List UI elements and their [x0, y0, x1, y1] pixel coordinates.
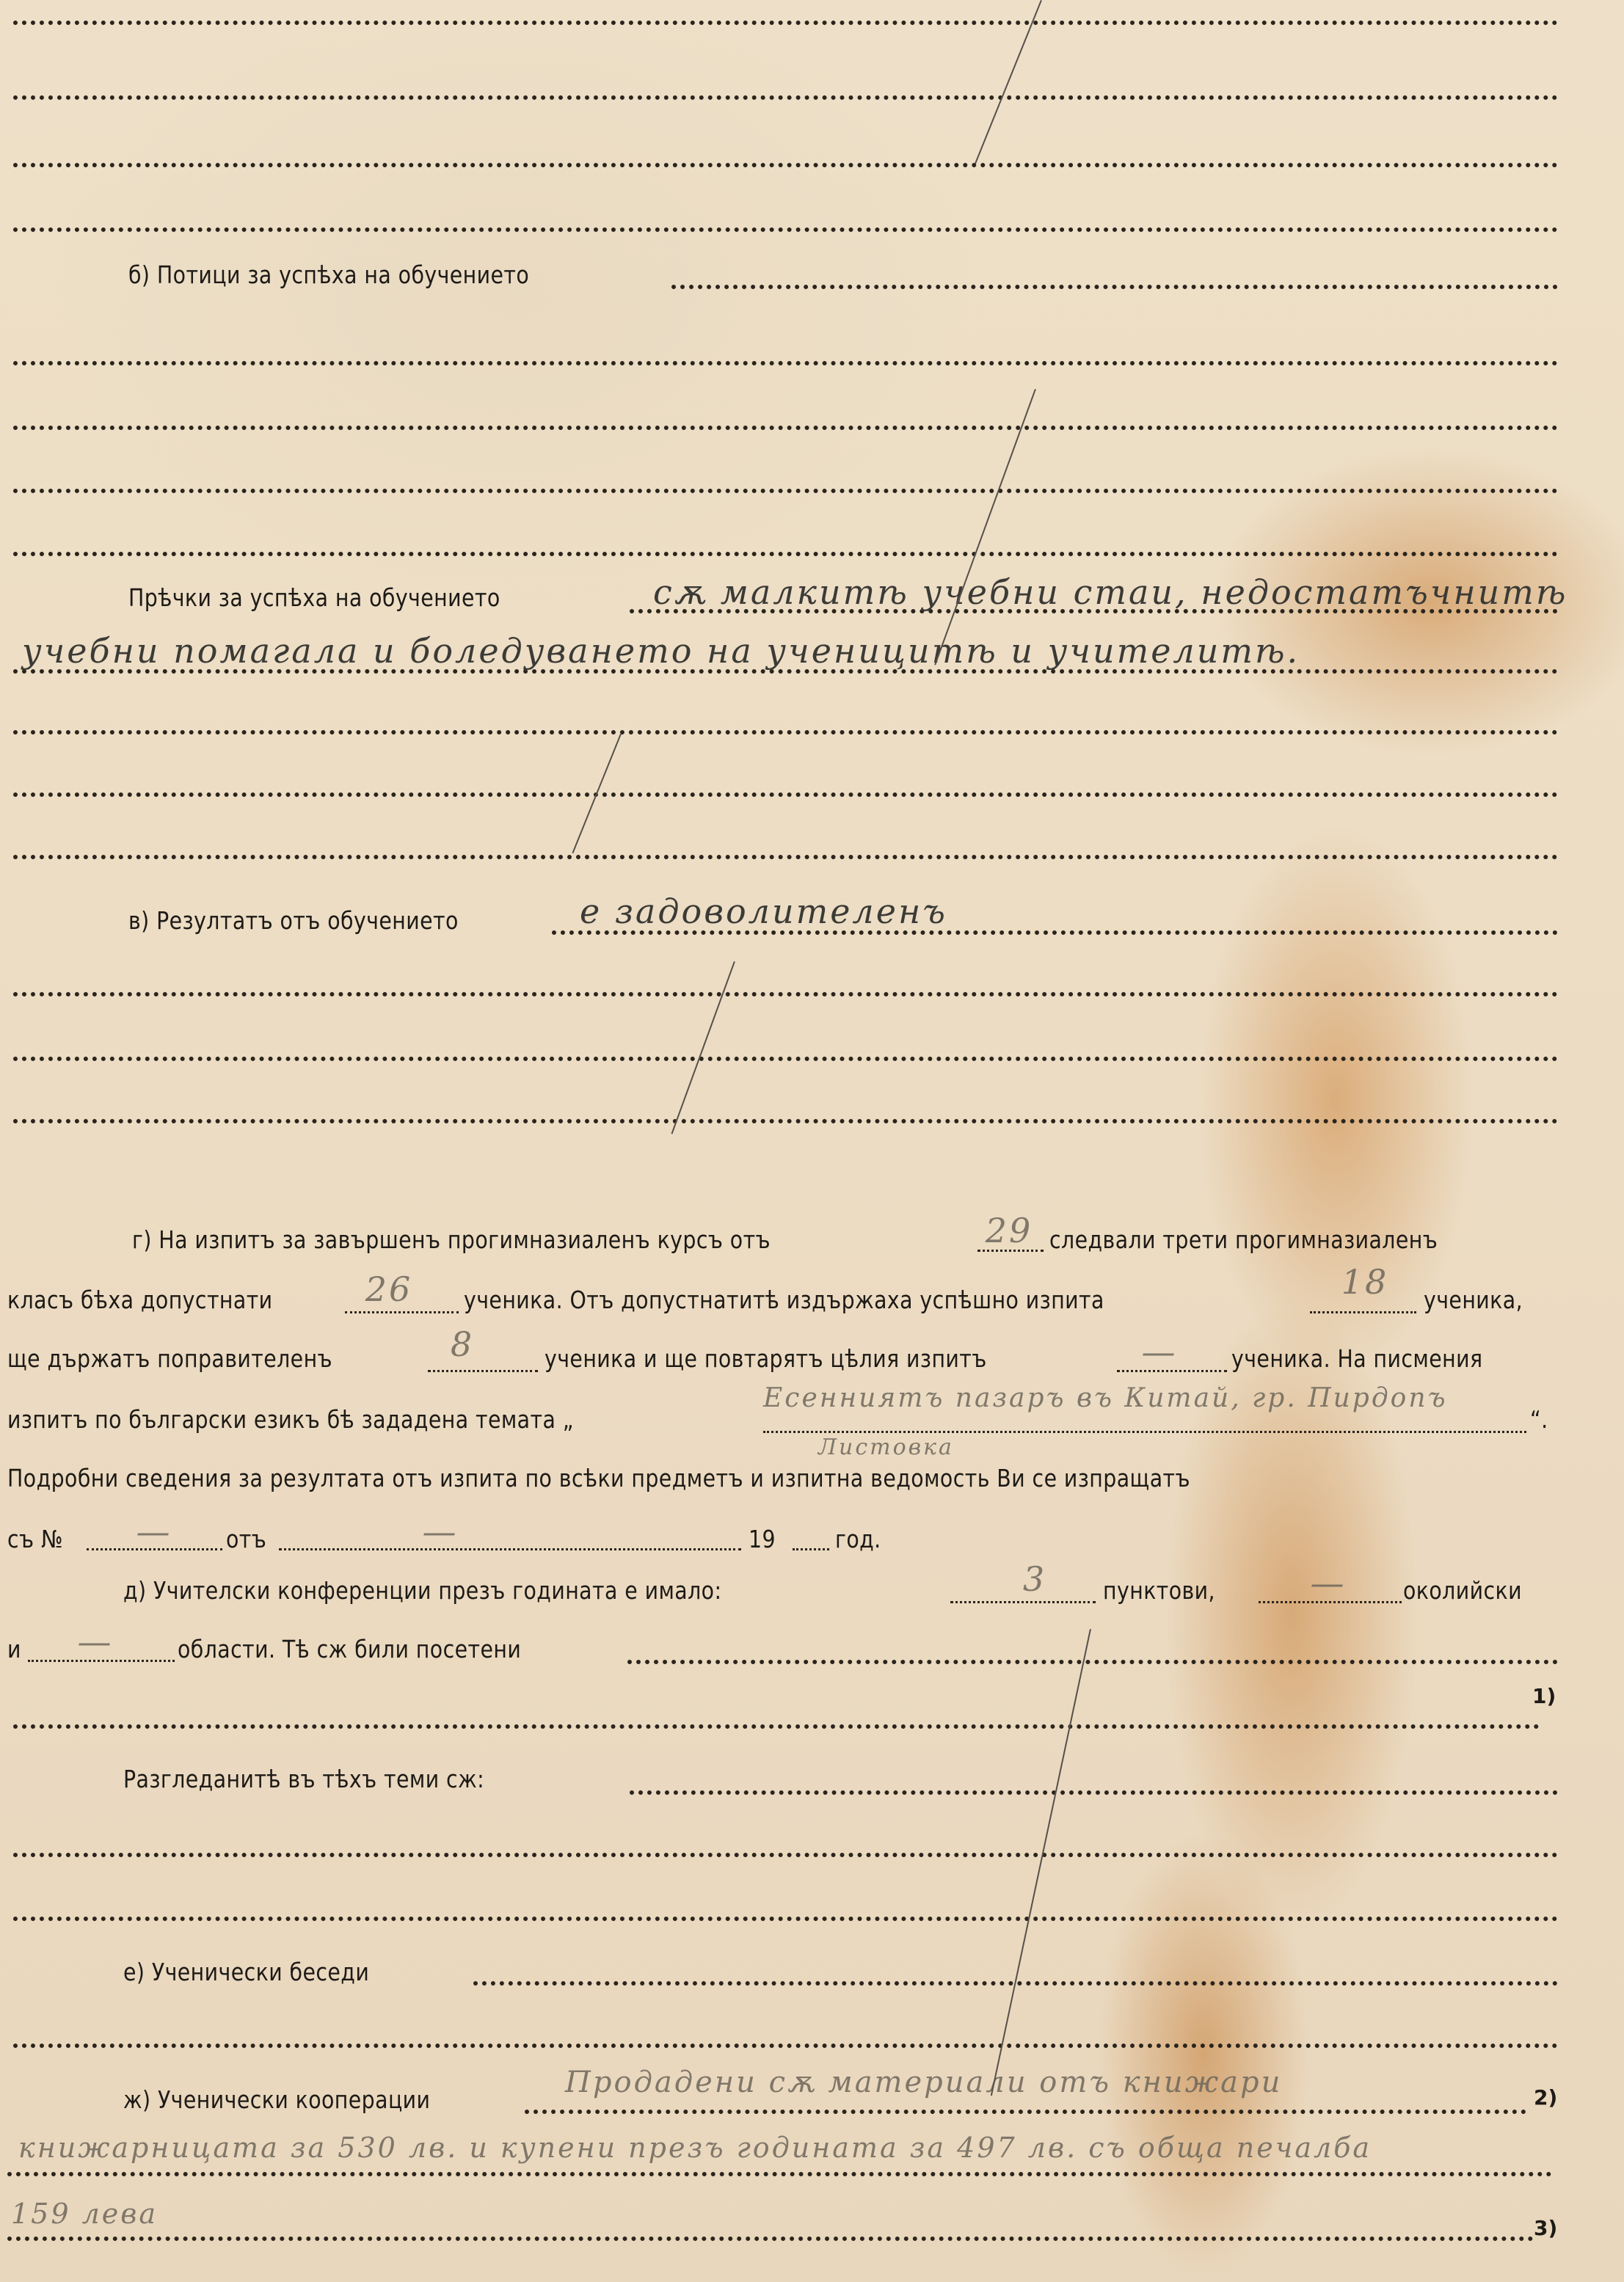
regional-count-value[interactable]: —: [73, 1622, 117, 1661]
exam-line5: Подробни сведения за резултата отъ изпит…: [7, 1464, 1190, 1492]
motivators-label: б) Потици за успѣха на обучението: [128, 260, 529, 289]
conferences-line1-c: околийски: [1403, 1576, 1522, 1605]
topics-field-line2[interactable]: [13, 1853, 1558, 1857]
motivators-field[interactable]: [671, 285, 1558, 289]
conferences-line2-b: области. Тѣ сж били посетени: [178, 1635, 521, 1663]
cooperatives-field-line2[interactable]: [7, 2172, 1552, 2176]
cooperatives-field[interactable]: [525, 2110, 1526, 2114]
blank-line: [13, 21, 1558, 25]
essay-topic-value[interactable]: Есенниятъ пазаръ въ Китай, гр. Пирдопъ: [763, 1383, 1448, 1413]
footnote-3: 3): [1534, 2216, 1557, 2240]
exam-line6-d: год.: [835, 1525, 881, 1553]
cooperatives-value-line3[interactable]: 159 лева: [11, 2198, 158, 2230]
exam-line6-a: съ №: [7, 1525, 63, 1553]
exam-line4-a: изпитъ по български езикъ бѣ зададена те…: [7, 1405, 574, 1434]
visited-by-field-line2[interactable]: [13, 1724, 1540, 1729]
blank-line: [13, 426, 1558, 430]
blank-line: [13, 552, 1558, 556]
blank-line: [13, 361, 1558, 365]
essay-topic-note: Листовка: [818, 1435, 954, 1460]
retake-value[interactable]: 8: [440, 1324, 484, 1364]
admitted-field[interactable]: [345, 1311, 459, 1313]
exam-line1-b: следвали трети прогимназиаленъ: [1049, 1225, 1438, 1254]
conferences-line1-a: д) Учителски конференции презъ годината …: [123, 1576, 721, 1605]
blank-line: [13, 163, 1558, 167]
obstacles-value-line1[interactable]: сѫ малкитѣ учебни стаи, недостатъчнитѣ: [653, 572, 1568, 612]
strike-mark: [671, 961, 735, 1134]
blank-line: [13, 1057, 1558, 1061]
exam-line2-c: ученика,: [1424, 1286, 1523, 1314]
cooperatives-label: ж) Ученически кооперации: [123, 2085, 430, 2114]
visited-by-field[interactable]: [627, 1660, 1558, 1664]
retake-field[interactable]: [428, 1370, 538, 1372]
exam-line3-b: ученика и ще повтарятъ цѣлия изпитъ: [545, 1344, 987, 1373]
exam-year-prefix: 19: [749, 1525, 776, 1553]
blank-line: [13, 992, 1558, 996]
obstacles-label: Прѣчки за успѣха на обучението: [128, 583, 500, 612]
exam-line6-b: отъ: [226, 1525, 266, 1553]
passed-field[interactable]: [1310, 1311, 1416, 1313]
cooperatives-field-line3[interactable]: [7, 2237, 1534, 2241]
blank-line: [13, 730, 1558, 734]
local-count-value[interactable]: 3: [1020, 1559, 1049, 1599]
conferences-line2-a: и: [7, 1635, 21, 1663]
blank-line: [13, 1119, 1558, 1123]
conferences-line1-b: пунктови,: [1103, 1576, 1215, 1605]
topics-field-line3[interactable]: [13, 1917, 1558, 1921]
doc-date-value[interactable]: —: [411, 1512, 470, 1551]
strike-mark: [991, 1629, 1091, 2096]
exam-line4-b: “.: [1530, 1405, 1548, 1434]
exam-line2-a: класъ бѣха допустнати: [7, 1286, 273, 1314]
exam-line3-c: ученика. На писмения: [1231, 1344, 1482, 1373]
talks-label: е) Ученически беседи: [123, 1958, 369, 1986]
blank-line: [13, 2044, 1558, 2048]
cooperatives-value-line2[interactable]: книжарницата за 530 лв. и купени презъ г…: [18, 2132, 1372, 2164]
repeat-full-value[interactable]: —: [1130, 1332, 1189, 1371]
doc-date-field[interactable]: [279, 1548, 741, 1550]
local-count-field[interactable]: [950, 1601, 1096, 1603]
essay-topic-field[interactable]: [763, 1431, 1526, 1433]
blank-line: [13, 855, 1558, 859]
district-count-value[interactable]: —: [1299, 1563, 1358, 1603]
strike-mark: [934, 389, 1036, 666]
exam-line3-a: ще държатъ поправителенъ: [7, 1344, 332, 1373]
passed-value[interactable]: 18: [1336, 1262, 1394, 1302]
year-field[interactable]: [793, 1548, 829, 1550]
exam-line2-b: ученика. Отъ допустнатитѣ издържаха успѣ…: [464, 1286, 1104, 1314]
topics-field[interactable]: [630, 1790, 1558, 1795]
students-total-value[interactable]: 29: [976, 1211, 1042, 1250]
admitted-value[interactable]: 26: [345, 1269, 433, 1309]
topics-label: Разгледанитѣ въ тѣхъ теми сж:: [123, 1765, 484, 1793]
footnote-2: 2): [1534, 2085, 1557, 2110]
blank-line: [13, 227, 1558, 232]
blank-line: [13, 792, 1558, 797]
doc-number-value[interactable]: —: [132, 1512, 176, 1551]
footnote-1: 1): [1532, 1684, 1556, 1708]
blank-line: [13, 95, 1558, 100]
cooperatives-value-line1[interactable]: Продадени сѫ материали отъ книжари: [565, 2066, 1282, 2099]
obstacles-value-line2[interactable]: учебни помагала и боледуването на учениц…: [22, 631, 1300, 671]
result-label: в) Резултатъ отъ обучението: [128, 906, 459, 935]
exam-line1-a: г) На изпитъ за завършенъ прогимназиален…: [132, 1225, 771, 1254]
blank-line: [13, 489, 1558, 493]
result-value[interactable]: е задоволителенъ: [580, 892, 947, 931]
